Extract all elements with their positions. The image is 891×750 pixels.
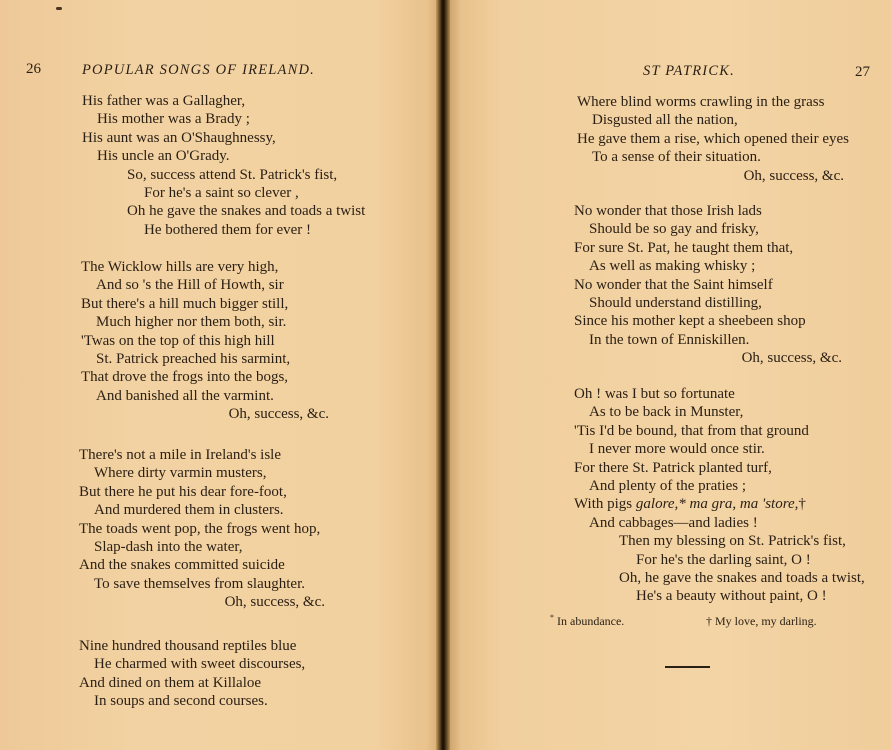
verse-line: But there he put his dear fore-foot, xyxy=(79,483,325,501)
stanza: His father was a Gallagher, His mother w… xyxy=(82,92,365,239)
verse-line: 'Twas on the top of this high hill xyxy=(81,332,329,350)
verse-line: But there's a hill much bigger still, xyxy=(81,295,329,313)
verse-line: And the snakes committed suicide xyxy=(79,556,325,574)
stanza: No wonder that those Irish lads Should b… xyxy=(574,202,842,368)
verse-line: In the town of Enniskillen. xyxy=(574,331,842,349)
verse-line: The toads went pop, the frogs went hop, xyxy=(79,520,325,538)
verse-line: For there St. Patrick planted turf, xyxy=(574,459,865,477)
running-head-left: POPULAR SONGS OF IRELAND. xyxy=(82,62,315,79)
verse-line: For he's the darling saint, O ! xyxy=(574,551,865,569)
verse-line: No wonder that the Saint himself xyxy=(574,276,842,294)
verse-line: For sure St. Pat, he taught them that, xyxy=(574,239,842,257)
verse-line: As well as making whisky ; xyxy=(574,257,842,275)
verse-line: Since his mother kept a sheebeen shop xyxy=(574,312,842,330)
running-head-right: ST PATRICK. xyxy=(643,63,735,80)
verse-line: Then my blessing on St. Patrick's fist, xyxy=(574,532,865,550)
verse-line: 'Tis I'd be bound, that from that ground xyxy=(574,422,865,440)
italic-irish-phrase: galore,* ma gra, ma 'store, xyxy=(636,496,799,512)
verse-line: Where dirty varmin musters, xyxy=(79,464,325,482)
stanza: Oh ! was I but so fortunate As to be bac… xyxy=(574,385,865,606)
verse-line: And so 's the Hill of Howth, sir xyxy=(81,276,329,294)
stanza: Where blind worms crawling in the grass … xyxy=(577,93,844,185)
dagger-footnote-marker: † xyxy=(798,496,806,512)
chorus-refrain: Oh, success, &c. xyxy=(577,167,844,185)
verse-line: St. Patrick preached his sarmint, xyxy=(81,350,329,368)
verse-line: Oh ! was I but so fortunate xyxy=(574,385,865,403)
chorus-refrain: Oh, success, &c. xyxy=(79,593,325,611)
verse-line: So, success attend St. Patrick's fist, xyxy=(82,166,365,184)
stanza: There's not a mile in Ireland's isle Whe… xyxy=(79,446,325,612)
verse-line: Nine hundred thousand reptiles blue xyxy=(79,637,305,655)
verse-line: Should be so gay and frisky, xyxy=(574,220,842,238)
verse-line: The Wicklow hills are very high, xyxy=(81,258,329,276)
footnote-text: My love, my darling. xyxy=(715,614,817,628)
paper-speck xyxy=(56,7,62,10)
verse-line: His uncle an O'Grady. xyxy=(82,147,365,165)
footnote-text: In abundance. xyxy=(557,614,624,628)
dagger-marker: † xyxy=(706,614,712,628)
footnote-1: * In abundance. xyxy=(550,613,624,629)
book-spread: 26 POPULAR SONGS OF IRELAND. His father … xyxy=(0,0,891,750)
verse-line: To save themselves from slaughter. xyxy=(79,575,325,593)
stanza: The Wicklow hills are very high, And so … xyxy=(81,258,329,424)
verse-line: He bothered them for ever ! xyxy=(82,221,365,239)
verse-line: And plenty of the praties ; xyxy=(574,477,865,495)
verse-line-with-footnotes: With pigs galore,* ma gra, ma 'store,† xyxy=(574,495,865,513)
verse-line: As to be back in Munster, xyxy=(574,403,865,421)
verse-text: With pigs xyxy=(574,496,636,512)
verse-line: There's not a mile in Ireland's isle xyxy=(79,446,325,464)
verse-line: In soups and second courses. xyxy=(79,692,305,710)
verse-line: He gave them a rise, which opened their … xyxy=(577,130,844,148)
asterisk-marker: * xyxy=(550,613,554,622)
verse-line: I never more would once stir. xyxy=(574,440,865,458)
chorus-refrain: Oh, success, &c. xyxy=(574,349,842,367)
page-number-left: 26 xyxy=(26,61,41,78)
verse-line: For he's a saint so clever , xyxy=(82,184,365,202)
section-rule xyxy=(665,666,710,668)
verse-line: And banished all the varmint. xyxy=(81,387,329,405)
verse-line: Where blind worms crawling in the grass xyxy=(577,93,844,111)
verse-line: And murdered them in clusters. xyxy=(79,501,325,519)
verse-line: That drove the frogs into the bogs, xyxy=(81,368,329,386)
verse-line: Oh he gave the snakes and toads a twist xyxy=(82,202,365,220)
stanza: Nine hundred thousand reptiles blue He c… xyxy=(79,637,305,711)
verse-line: And dined on them at Killaloe xyxy=(79,674,305,692)
verse-line: And cabbages—and ladies ! xyxy=(574,514,865,532)
footnote-2: † My love, my darling. xyxy=(706,614,817,629)
verse-line: He's a beauty without paint, O ! xyxy=(574,587,865,605)
verse-line: His mother was a Brady ; xyxy=(82,110,365,128)
verse-line: To a sense of their situation. xyxy=(577,148,844,166)
verse-line: Should understand distilling, xyxy=(574,294,842,312)
verse-line: Much higher nor them both, sir. xyxy=(81,313,329,331)
book-gutter xyxy=(436,0,450,750)
verse-line: His father was a Gallagher, xyxy=(82,92,365,110)
chorus-refrain: Oh, success, &c. xyxy=(81,405,329,423)
verse-line: Oh, he gave the snakes and toads a twist… xyxy=(574,569,865,587)
verse-line: Slap-dash into the water, xyxy=(79,538,325,556)
verse-line: No wonder that those Irish lads xyxy=(574,202,842,220)
page-number-right: 27 xyxy=(855,64,870,81)
verse-line: Disgusted all the nation, xyxy=(577,111,844,129)
verse-line: He charmed with sweet discourses, xyxy=(79,655,305,673)
verse-line: His aunt was an O'Shaughnessy, xyxy=(82,129,365,147)
